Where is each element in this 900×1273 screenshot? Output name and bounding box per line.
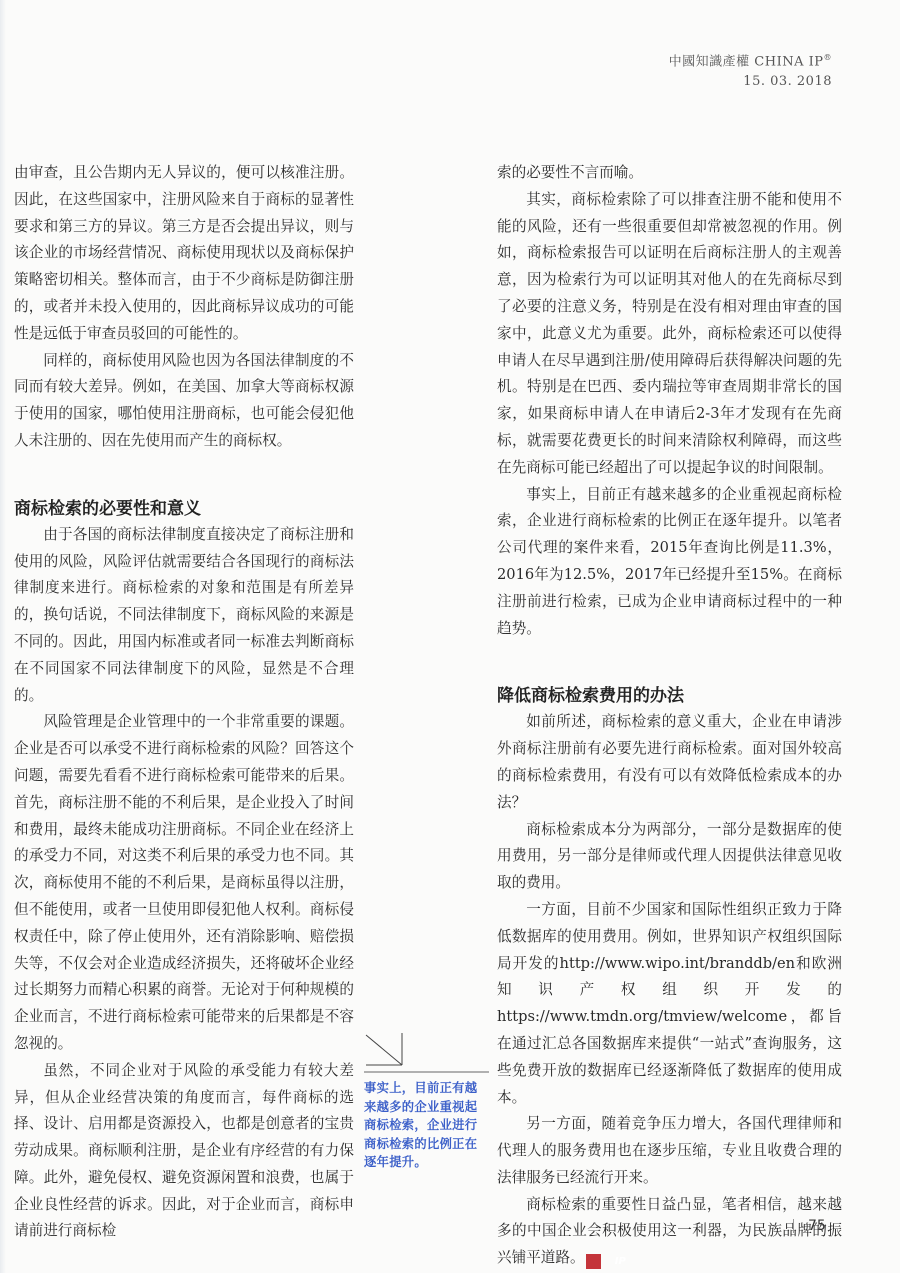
issue-date: 15. 03. 2018 xyxy=(669,72,832,92)
final-paragraph: 商标检索的重要性日益凸显，笔者相信，越来越多的中国企业会积极使用这一利器，为民族… xyxy=(497,1192,842,1272)
running-header: 中國知識產權 CHINA IP® 15. 03. 2018 xyxy=(669,48,832,92)
paragraph: 由审查，且公告期内无人异议的，便可以核准注册。因此，在这些国家中，注册风险来自于… xyxy=(14,160,354,348)
paragraph: 风险管理是企业管理中的一个非常重要的课题。企业是否可以承受不进行商标检索的风险？… xyxy=(14,709,354,1057)
paragraph: 另一方面，随着竞争压力增大，各国代理律师和代理人的服务费用也在逐步压缩，专业且收… xyxy=(497,1111,842,1191)
paragraph: 事实上，目前正有越来越多的企业重视起商标检索，企业进行商标检索的比例正在逐年提升… xyxy=(497,482,842,643)
paragraph: 一方面，目前不少国家和国际性组织正致力于降低数据库的使用费用。例如，世界知识产权… xyxy=(497,897,842,1111)
right-column: 索的必要性不言而喻。 其实，商标检索除了可以排查注册不能和使用不能的风险，还有一… xyxy=(497,160,842,1272)
page-edge-shadow xyxy=(0,0,6,1273)
pull-quote-text: 事实上，目前正有越来越多的企业重视起商标检索，企业进行商标检索的比例正在逐年提升… xyxy=(364,1079,489,1172)
section-heading-necessity: 商标检索的必要性和意义 xyxy=(14,496,354,522)
magazine-title: 中國知識產權 CHINA IP xyxy=(669,54,824,69)
pull-quote: 事实上，目前正有越来越多的企业重视起商标检索，企业进行商标检索的比例正在逐年提升… xyxy=(364,1033,489,1172)
paragraph: 由于各国的商标法律制度直接决定了商标注册和使用的风险，风险评估就需要结合各国现行… xyxy=(14,522,354,710)
paragraph: 如前所述，商标检索的意义重大，企业在申请涉外商标注册前有必要先进行商标检索。面对… xyxy=(497,709,842,816)
page-number: 75 xyxy=(808,1218,826,1234)
left-column: 由审查，且公告期内无人异议的，便可以核准注册。因此，在这些国家中，注册风险来自于… xyxy=(14,160,354,1245)
paragraph: 索的必要性不言而喻。 xyxy=(497,160,842,187)
paragraph-text: 商标检索的重要性日益凸显，笔者相信，越来越多的中国企业会积极使用这一利器，为民族… xyxy=(497,1196,842,1267)
page-number-divider xyxy=(793,1219,794,1233)
paragraph: 同样的，商标使用风险也因为各国法律制度的不同而有较大差异。例如，在美国、加拿大等… xyxy=(14,348,354,455)
paragraph: 其实，商标检索除了可以排查注册不能和使用不能的风险，还有一些很重要但却常被忽视的… xyxy=(497,187,842,482)
registered-mark: ® xyxy=(824,53,833,62)
diagonal-arrow-icon xyxy=(364,1033,489,1073)
ip-end-mark-icon: IP xyxy=(586,1254,601,1269)
paragraph: 商标检索成本分为两部分，一部分是数据库的使用费用，另一部分是律师或代理人因提供法… xyxy=(497,817,842,897)
section-spacer xyxy=(14,455,354,496)
paragraph: 虽然，不同企业对于风险的承受能力有较大差异，但从企业经营决策的角度而言，每件商标… xyxy=(14,1058,354,1246)
section-heading-reduce-cost: 降低商标检索费用的办法 xyxy=(497,683,842,709)
section-spacer xyxy=(497,642,842,683)
